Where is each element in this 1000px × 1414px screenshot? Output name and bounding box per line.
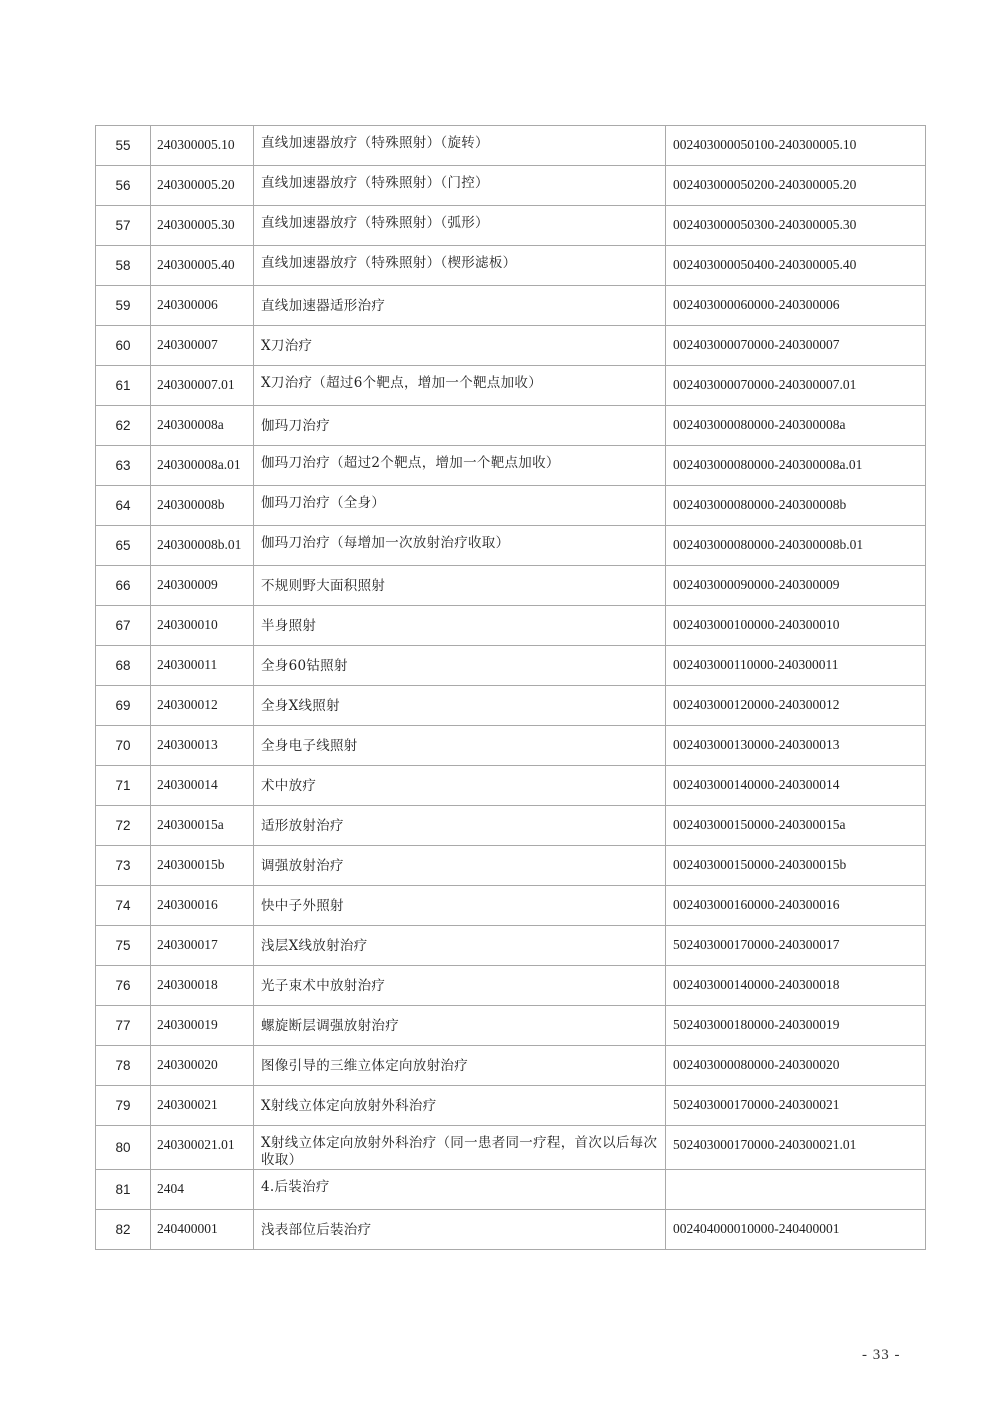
table-row: 64 240300008b 伽玛刀治疗（全身） 002403000080000-… bbox=[96, 486, 926, 526]
item-name-cell: 伽玛刀治疗 bbox=[254, 406, 666, 446]
item-code-cell: 240300008a bbox=[151, 406, 254, 446]
row-number-cell: 71 bbox=[96, 766, 151, 806]
item-code-cell: 240300021.01 bbox=[151, 1126, 254, 1170]
row-number-cell: 77 bbox=[96, 1006, 151, 1046]
item-code-cell: 240300008b.01 bbox=[151, 526, 254, 566]
item-code-cell: 240300007.01 bbox=[151, 366, 254, 406]
item-name-cell: 半身照射 bbox=[254, 606, 666, 646]
table-row: 69 240300012 全身X线照射 002403000120000-2403… bbox=[96, 686, 926, 726]
reference-code-cell: 002403000050300-240300005.30 bbox=[666, 206, 926, 246]
item-name-cell: 全身60钴照射 bbox=[254, 646, 666, 686]
item-code-cell: 240300016 bbox=[151, 886, 254, 926]
item-name-cell: 4.后装治疗 bbox=[254, 1170, 666, 1210]
row-number-cell: 65 bbox=[96, 526, 151, 566]
table-row: 56 240300005.20 直线加速器放疗（特殊照射）（门控） 002403… bbox=[96, 166, 926, 206]
row-number-cell: 70 bbox=[96, 726, 151, 766]
reference-code-cell: 502403000180000-240300019 bbox=[666, 1006, 926, 1046]
reference-code-cell: 002403000080000-240300020 bbox=[666, 1046, 926, 1086]
item-name-cell: 全身电子线照射 bbox=[254, 726, 666, 766]
item-name-cell: 图像引导的三维立体定向放射治疗 bbox=[254, 1046, 666, 1086]
item-name-cell: 术中放疗 bbox=[254, 766, 666, 806]
reference-code-cell: 002403000080000-240300008b.01 bbox=[666, 526, 926, 566]
reference-code-cell: 002403000150000-240300015a bbox=[666, 806, 926, 846]
item-code-cell: 240300005.10 bbox=[151, 126, 254, 166]
row-number-cell: 67 bbox=[96, 606, 151, 646]
item-name-cell: 不规则野大面积照射 bbox=[254, 566, 666, 606]
reference-code-cell: 002403000070000-240300007 bbox=[666, 326, 926, 366]
item-code-cell: 240300005.40 bbox=[151, 246, 254, 286]
item-name-cell: 直线加速器放疗（特殊照射）（楔形滤板） bbox=[254, 246, 666, 286]
table-row: 77 240300019 螺旋断层调强放射治疗 502403000180000-… bbox=[96, 1006, 926, 1046]
item-name-cell: X刀治疗（超过6个靶点，增加一个靶点加收） bbox=[254, 366, 666, 406]
reference-code-cell: 002403000050200-240300005.20 bbox=[666, 166, 926, 206]
row-number-cell: 78 bbox=[96, 1046, 151, 1086]
table-row: 79 240300021 X射线立体定向放射外科治疗 5024030001700… bbox=[96, 1086, 926, 1126]
table-row: 65 240300008b.01 伽玛刀治疗（每增加一次放射治疗收取） 0024… bbox=[96, 526, 926, 566]
row-number-cell: 60 bbox=[96, 326, 151, 366]
table-row: 58 240300005.40 直线加速器放疗（特殊照射）（楔形滤板） 0024… bbox=[96, 246, 926, 286]
item-name-cell: 直线加速器适形治疗 bbox=[254, 286, 666, 326]
table-row: 81 2404 4.后装治疗 bbox=[96, 1170, 926, 1210]
reference-code-cell: 002403000080000-240300008b bbox=[666, 486, 926, 526]
item-name-cell: X射线立体定向放射外科治疗 bbox=[254, 1086, 666, 1126]
reference-code-cell: 002403000080000-240300008a.01 bbox=[666, 446, 926, 486]
item-code-cell: 240300005.30 bbox=[151, 206, 254, 246]
item-name-cell: 调强放射治疗 bbox=[254, 846, 666, 886]
item-code-cell: 240400001 bbox=[151, 1210, 254, 1250]
item-name-cell: 伽玛刀治疗（超过2个靶点，增加一个靶点加收） bbox=[254, 446, 666, 486]
reference-code-cell: 002403000070000-240300007.01 bbox=[666, 366, 926, 406]
item-name-cell: 伽玛刀治疗（每增加一次放射治疗收取） bbox=[254, 526, 666, 566]
table-row: 55 240300005.10 直线加速器放疗（特殊照射）（旋转） 002403… bbox=[96, 126, 926, 166]
item-name-cell: 浅层X线放射治疗 bbox=[254, 926, 666, 966]
table-row: 68 240300011 全身60钴照射 002403000110000-240… bbox=[96, 646, 926, 686]
item-code-cell: 240300018 bbox=[151, 966, 254, 1006]
item-code-cell: 240300005.20 bbox=[151, 166, 254, 206]
table-row: 72 240300015a 适形放射治疗 002403000150000-240… bbox=[96, 806, 926, 846]
reference-code-cell: 002403000050100-240300005.10 bbox=[666, 126, 926, 166]
row-number-cell: 76 bbox=[96, 966, 151, 1006]
row-number-cell: 57 bbox=[96, 206, 151, 246]
item-name-cell: 直线加速器放疗（特殊照射）（旋转） bbox=[254, 126, 666, 166]
table-row: 67 240300010 半身照射 002403000100000-240300… bbox=[96, 606, 926, 646]
table-row: 71 240300014 术中放疗 002403000140000-240300… bbox=[96, 766, 926, 806]
page-number: - 33 - bbox=[862, 1347, 901, 1364]
row-number-cell: 58 bbox=[96, 246, 151, 286]
item-code-cell: 240300019 bbox=[151, 1006, 254, 1046]
item-code-cell: 240300008a.01 bbox=[151, 446, 254, 486]
row-number-cell: 66 bbox=[96, 566, 151, 606]
table-row: 70 240300013 全身电子线照射 002403000130000-240… bbox=[96, 726, 926, 766]
row-number-cell: 69 bbox=[96, 686, 151, 726]
item-code-cell: 240300020 bbox=[151, 1046, 254, 1086]
item-name-cell: X刀治疗 bbox=[254, 326, 666, 366]
reference-code-cell: 002403000080000-240300008a bbox=[666, 406, 926, 446]
table-row: 74 240300016 快中子外照射 002403000160000-2403… bbox=[96, 886, 926, 926]
reference-code-cell: 002403000100000-240300010 bbox=[666, 606, 926, 646]
table-row: 60 240300007 X刀治疗 002403000070000-240300… bbox=[96, 326, 926, 366]
item-code-cell: 240300021 bbox=[151, 1086, 254, 1126]
reference-code-cell: 502403000170000-240300021 bbox=[666, 1086, 926, 1126]
row-number-cell: 72 bbox=[96, 806, 151, 846]
reference-code-cell: 002403000140000-240300018 bbox=[666, 966, 926, 1006]
row-number-cell: 62 bbox=[96, 406, 151, 446]
item-code-cell: 240300015a bbox=[151, 806, 254, 846]
item-code-cell: 240300010 bbox=[151, 606, 254, 646]
reference-code-cell: 002403000140000-240300014 bbox=[666, 766, 926, 806]
reference-code-cell: 002403000090000-240300009 bbox=[666, 566, 926, 606]
document-page: 55 240300005.10 直线加速器放疗（特殊照射）（旋转） 002403… bbox=[0, 0, 1000, 1414]
table-row: 78 240300020 图像引导的三维立体定向放射治疗 00240300008… bbox=[96, 1046, 926, 1086]
table-row: 57 240300005.30 直线加速器放疗（特殊照射）（弧形） 002403… bbox=[96, 206, 926, 246]
reference-code-cell: 002403000160000-240300016 bbox=[666, 886, 926, 926]
table-row: 66 240300009 不规则野大面积照射 002403000090000-2… bbox=[96, 566, 926, 606]
item-name-cell: 螺旋断层调强放射治疗 bbox=[254, 1006, 666, 1046]
row-number-cell: 61 bbox=[96, 366, 151, 406]
item-name-cell: 全身X线照射 bbox=[254, 686, 666, 726]
table-row: 59 240300006 直线加速器适形治疗 002403000060000-2… bbox=[96, 286, 926, 326]
reference-code-cell: 502403000170000-240300017 bbox=[666, 926, 926, 966]
table-body: 55 240300005.10 直线加速器放疗（特殊照射）（旋转） 002403… bbox=[96, 126, 926, 1250]
table-row: 80 240300021.01 X射线立体定向放射外科治疗（同一患者同一疗程，首… bbox=[96, 1126, 926, 1170]
table-row: 62 240300008a 伽玛刀治疗 002403000080000-2403… bbox=[96, 406, 926, 446]
item-code-cell: 240300012 bbox=[151, 686, 254, 726]
row-number-cell: 81 bbox=[96, 1170, 151, 1210]
reference-code-cell bbox=[666, 1170, 926, 1210]
reference-code-cell: 002403000110000-240300011 bbox=[666, 646, 926, 686]
reference-code-cell: 002403000130000-240300013 bbox=[666, 726, 926, 766]
reference-code-cell: 002403000120000-240300012 bbox=[666, 686, 926, 726]
row-number-cell: 64 bbox=[96, 486, 151, 526]
item-name-cell: 光子束术中放射治疗 bbox=[254, 966, 666, 1006]
row-number-cell: 63 bbox=[96, 446, 151, 486]
reference-code-cell: 002403000050400-240300005.40 bbox=[666, 246, 926, 286]
row-number-cell: 55 bbox=[96, 126, 151, 166]
table-row: 61 240300007.01 X刀治疗（超过6个靶点，增加一个靶点加收） 00… bbox=[96, 366, 926, 406]
row-number-cell: 79 bbox=[96, 1086, 151, 1126]
row-number-cell: 80 bbox=[96, 1126, 151, 1170]
item-name-cell: 直线加速器放疗（特殊照射）（弧形） bbox=[254, 206, 666, 246]
row-number-cell: 82 bbox=[96, 1210, 151, 1250]
reference-code-cell: 002403000150000-240300015b bbox=[666, 846, 926, 886]
medical-fee-table: 55 240300005.10 直线加速器放疗（特殊照射）（旋转） 002403… bbox=[95, 125, 926, 1250]
row-number-cell: 74 bbox=[96, 886, 151, 926]
item-name-cell: 适形放射治疗 bbox=[254, 806, 666, 846]
row-number-cell: 75 bbox=[96, 926, 151, 966]
item-name-cell: X射线立体定向放射外科治疗（同一患者同一疗程，首次以后每次收取） bbox=[254, 1126, 666, 1170]
row-number-cell: 73 bbox=[96, 846, 151, 886]
row-number-cell: 59 bbox=[96, 286, 151, 326]
item-name-cell: 快中子外照射 bbox=[254, 886, 666, 926]
item-code-cell: 240300009 bbox=[151, 566, 254, 606]
item-code-cell: 240300013 bbox=[151, 726, 254, 766]
item-name-cell: 直线加速器放疗（特殊照射）（门控） bbox=[254, 166, 666, 206]
item-code-cell: 240300006 bbox=[151, 286, 254, 326]
reference-code-cell: 002404000010000-240400001 bbox=[666, 1210, 926, 1250]
item-name-cell: 伽玛刀治疗（全身） bbox=[254, 486, 666, 526]
row-number-cell: 56 bbox=[96, 166, 151, 206]
reference-code-cell: 002403000060000-240300006 bbox=[666, 286, 926, 326]
item-code-cell: 240300007 bbox=[151, 326, 254, 366]
row-number-cell: 68 bbox=[96, 646, 151, 686]
item-code-cell: 240300014 bbox=[151, 766, 254, 806]
table-row: 82 240400001 浅表部位后装治疗 002404000010000-24… bbox=[96, 1210, 926, 1250]
table-row: 73 240300015b 调强放射治疗 002403000150000-240… bbox=[96, 846, 926, 886]
item-code-cell: 240300017 bbox=[151, 926, 254, 966]
item-name-cell: 浅表部位后装治疗 bbox=[254, 1210, 666, 1250]
table-row: 63 240300008a.01 伽玛刀治疗（超过2个靶点，增加一个靶点加收） … bbox=[96, 446, 926, 486]
item-code-cell: 240300015b bbox=[151, 846, 254, 886]
item-code-cell: 2404 bbox=[151, 1170, 254, 1210]
item-code-cell: 240300011 bbox=[151, 646, 254, 686]
table-row: 75 240300017 浅层X线放射治疗 502403000170000-24… bbox=[96, 926, 926, 966]
item-code-cell: 240300008b bbox=[151, 486, 254, 526]
table-row: 76 240300018 光子束术中放射治疗 002403000140000-2… bbox=[96, 966, 926, 1006]
reference-code-cell: 502403000170000-240300021.01 bbox=[666, 1126, 926, 1170]
